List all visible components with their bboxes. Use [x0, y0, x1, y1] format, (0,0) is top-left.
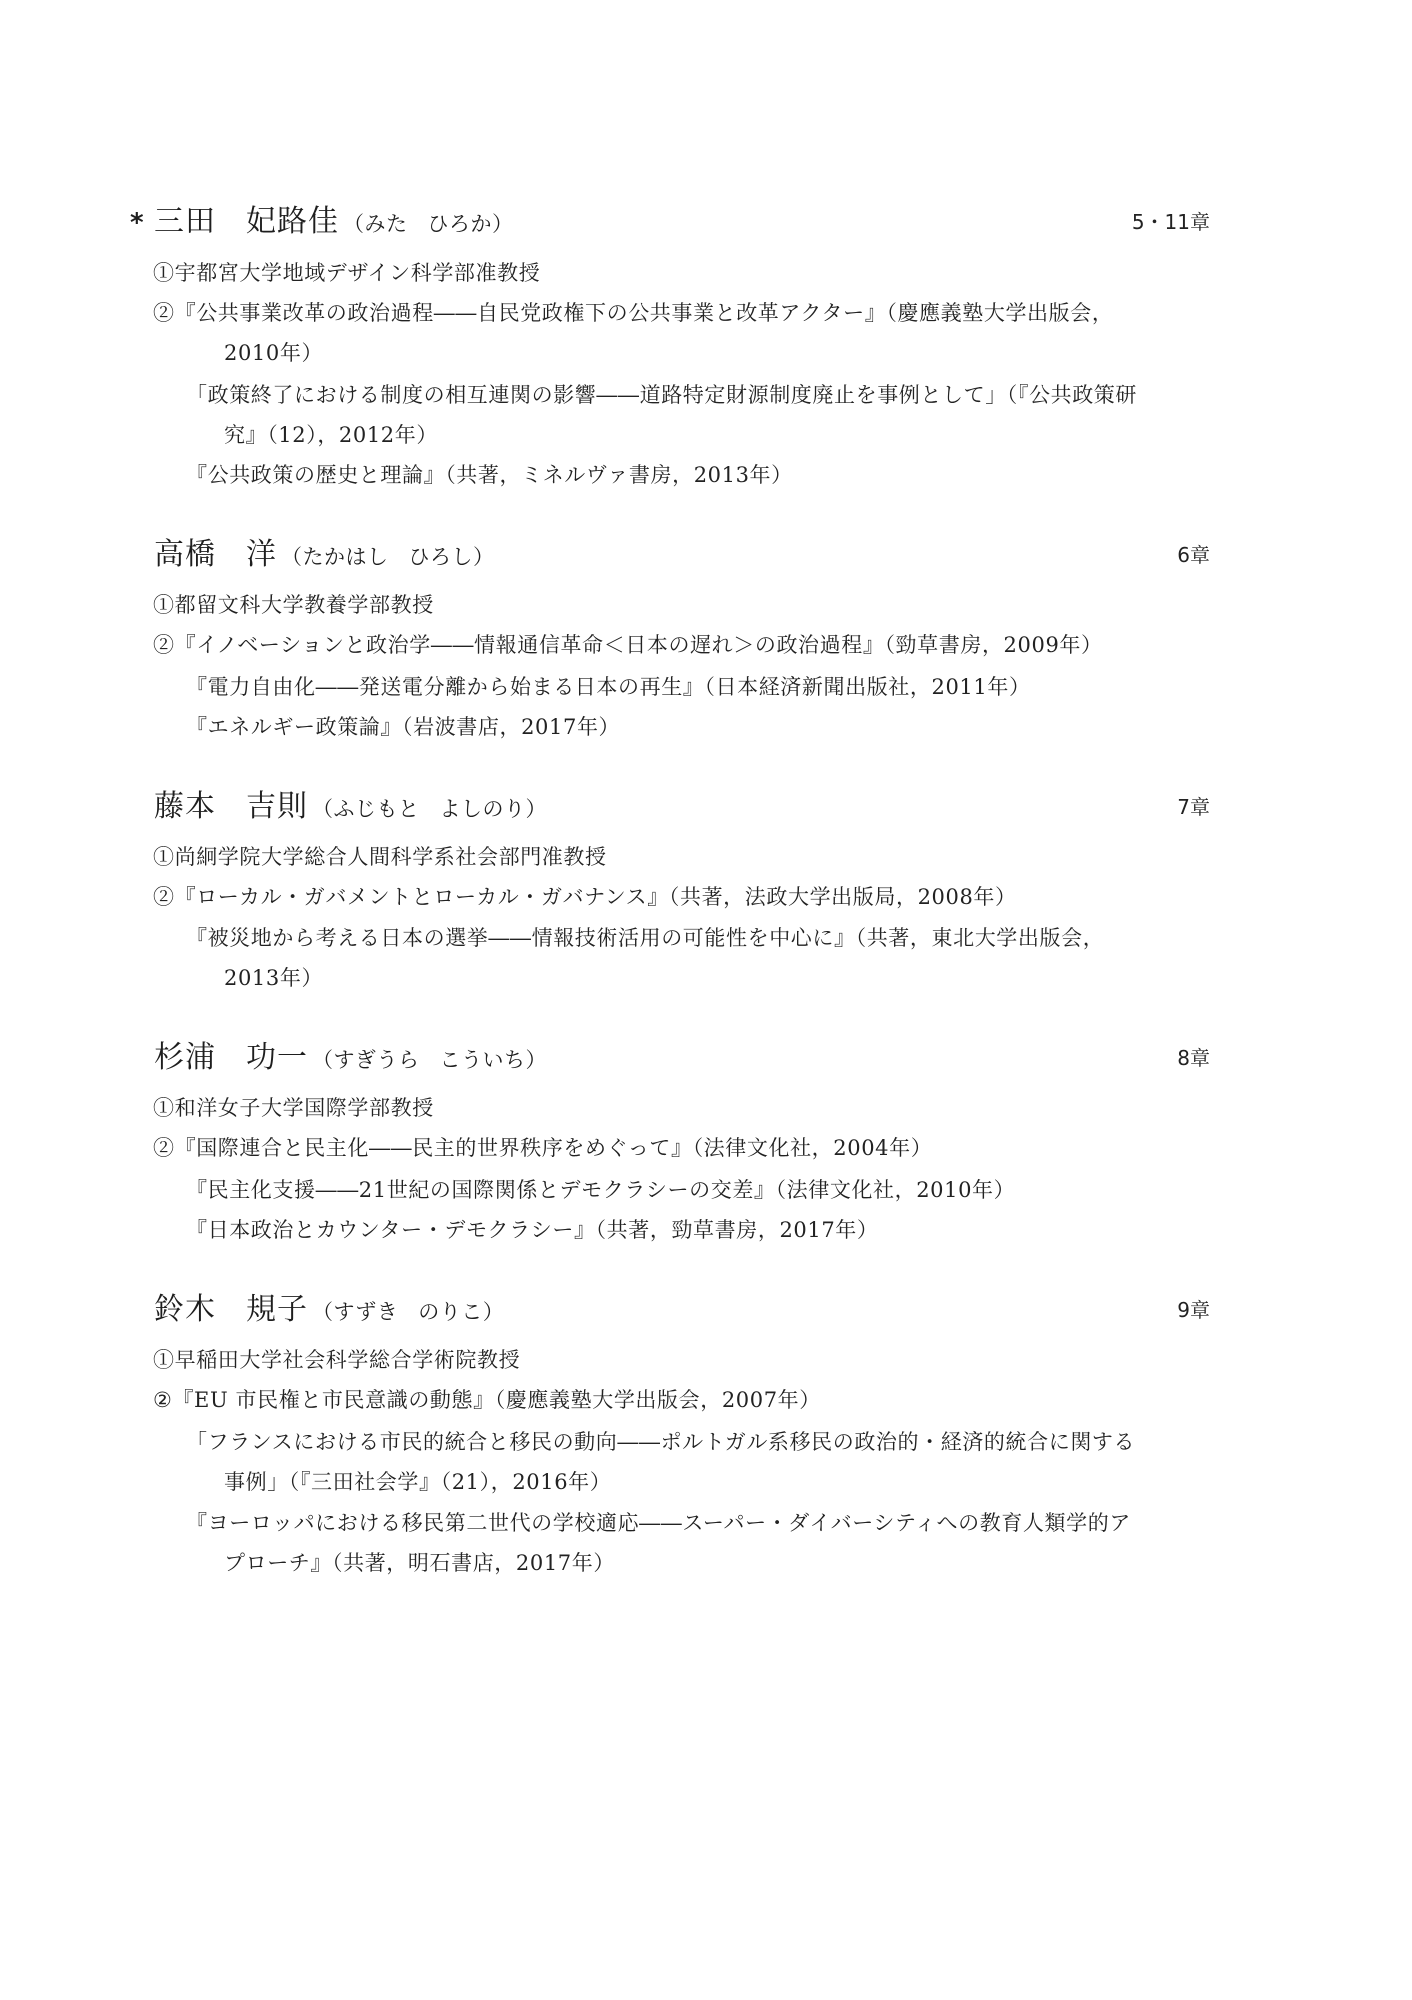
- work-item: 『エネルギー政策論』（岩波書店，2017年）: [186, 709, 620, 745]
- work-item: 『電力自由化――発送電分離から始まる日本の再生』（日本経済新聞出版社，2011年…: [186, 669, 1031, 705]
- work-item: 『日本政治とカウンター・デモクラシー』（共著，勁草書房，2017年）: [186, 1212, 879, 1248]
- work-item-continuation: 2010年）: [224, 335, 323, 371]
- affiliation: ①都留文科大学教養学部教授: [153, 587, 434, 623]
- contributor-header: 高橋洋（たかはしひろし） 6章: [130, 533, 1210, 577]
- contributors-page: *三田妃路佳（みたひろか） 5・11章 ①宇都宮大学地域デザイン科学部准教授 ②…: [0, 0, 1412, 2000]
- name-reading: （ふじもとよしのり）: [312, 797, 547, 821]
- work-item: ②『ローカル・ガバメントとローカル・ガバナンス』（共著，法政大学出版局，2008…: [153, 879, 1017, 915]
- work-item-continuation: 2013年）: [224, 960, 323, 996]
- surname: 杉浦: [154, 1040, 216, 1075]
- contributor-header: 鈴木規子（すずきのりこ） 9章: [130, 1288, 1210, 1332]
- surname: 藤本: [154, 789, 216, 824]
- surname: 三田: [154, 204, 216, 239]
- given-name: 洋: [246, 537, 277, 572]
- contributor-header: 杉浦功一（すぎうらこういち） 8章: [130, 1036, 1210, 1080]
- work-item: 「フランスにおける市民的統合と移民の動向――ポルトガル系移民の政治的・経済的統合…: [186, 1424, 1135, 1460]
- affiliation: ①早稲田大学社会科学総合学術院教授: [153, 1342, 520, 1378]
- affiliation: ①和洋女子大学国際学部教授: [153, 1090, 434, 1126]
- work-item-continuation: 究』（12），2012年）: [224, 417, 438, 453]
- work-item-continuation: 事例」（『三田社会学』（21），2016年）: [224, 1464, 611, 1500]
- work-item: ②『公共事業改革の政治過程――自民党政権下の公共事業と改革アクター』（慶應義塾大…: [153, 295, 1113, 331]
- surname: 高橋: [154, 537, 216, 572]
- contributor-name: 杉浦功一（すぎうらこういち）: [154, 1036, 547, 1082]
- work-item: 『被災地から考える日本の選挙――情報技術活用の可能性を中心に』（共著，東北大学出…: [186, 920, 1104, 956]
- affiliation: ①宇都宮大学地域デザイン科学部准教授: [153, 255, 540, 291]
- given-name: 規子: [246, 1292, 308, 1327]
- work-item: 『公共政策の歴史と理論』（共著，ミネルヴァ書房，2013年）: [186, 457, 793, 493]
- contributor-header: 藤本吉則（ふじもとよしのり） 7章: [130, 785, 1210, 829]
- chapter-ref: 5・11章: [1132, 200, 1210, 244]
- contributor-name: 高橋洋（たかはしひろし）: [154, 533, 495, 579]
- name-reading: （すずきのりこ）: [312, 1300, 504, 1324]
- work-item: 『ヨーロッパにおける移民第二世代の学校適応――スーパー・ダイバーシティへの教育人…: [186, 1505, 1131, 1541]
- work-item: 「政策終了における制度の相互連関の影響――道路特定財源制度廃止を事例として」（『…: [186, 377, 1137, 413]
- contributor-name: *三田妃路佳（みたひろか）: [154, 200, 514, 246]
- chapter-ref: 8章: [1177, 1036, 1210, 1080]
- work-item: ②『EU 市民権と市民意識の動態』（慶應義塾大学出版会，2007年）: [153, 1382, 821, 1418]
- name-reading: （みたひろか）: [343, 212, 514, 236]
- work-item-continuation: プローチ』（共著，明石書店，2017年）: [224, 1545, 615, 1581]
- work-item: ②『イノベーションと政治学――情報通信革命＜日本の遅れ＞の政治過程』（勁草書房，…: [153, 627, 1103, 663]
- surname: 鈴木: [154, 1292, 216, 1327]
- contributor-header: *三田妃路佳（みたひろか） 5・11章: [130, 200, 1210, 244]
- name-reading: （すぎうらこういち）: [312, 1048, 547, 1072]
- chapter-ref: 9章: [1177, 1288, 1210, 1332]
- contributor-name: 鈴木規子（すずきのりこ）: [154, 1288, 504, 1334]
- given-name: 妃路佳: [246, 204, 339, 239]
- given-name: 吉則: [246, 789, 308, 824]
- name-reading: （たかはしひろし）: [281, 545, 495, 569]
- editor-asterisk-icon: *: [130, 201, 154, 245]
- chapter-ref: 7章: [1177, 785, 1210, 829]
- contributor-name: 藤本吉則（ふじもとよしのり）: [154, 785, 547, 831]
- work-item: ②『国際連合と民主化――民主的世界秩序をめぐって』（法律文化社，2004年）: [153, 1130, 932, 1166]
- affiliation: ①尚絅学院大学総合人間科学系社会部門准教授: [153, 839, 607, 875]
- given-name: 功一: [246, 1040, 308, 1075]
- work-item: 『民主化支援――21世紀の国際関係とデモクラシーの交差』（法律文化社，2010年…: [186, 1172, 1015, 1208]
- chapter-ref: 6章: [1177, 533, 1210, 577]
